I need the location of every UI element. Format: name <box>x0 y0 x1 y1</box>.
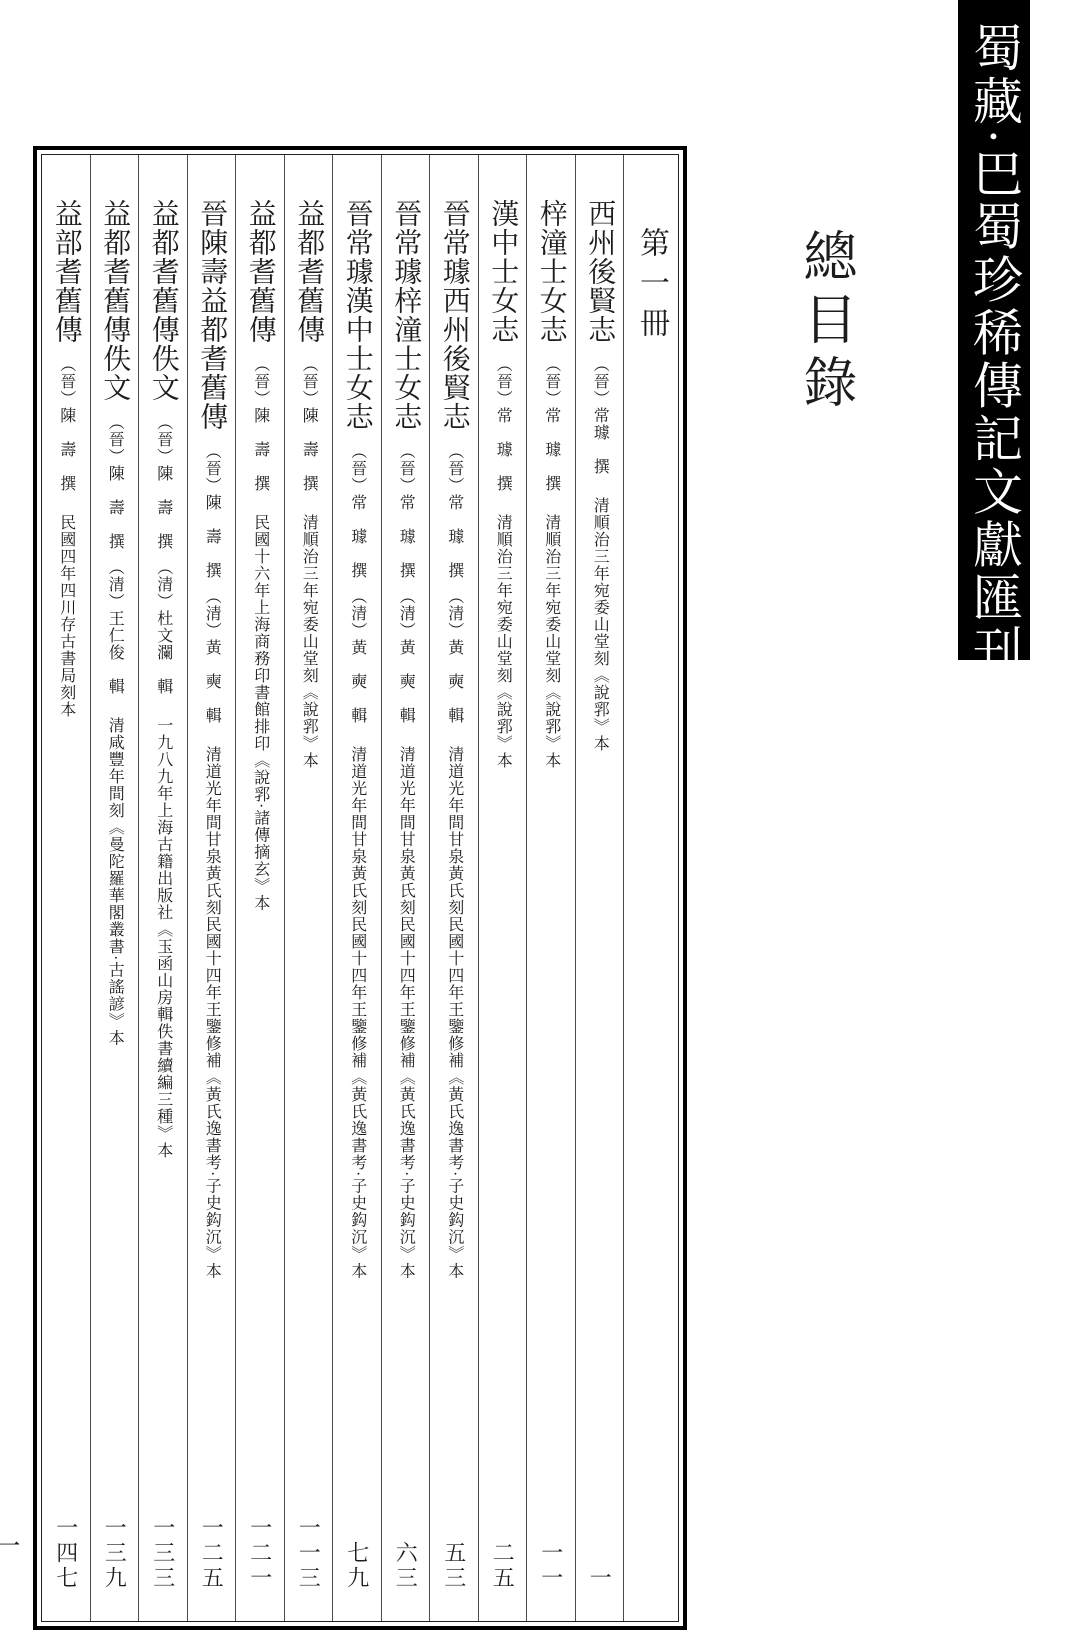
entry-page-number: 一 <box>588 1566 610 1591</box>
entry-page-number: 一三九 <box>103 1516 125 1591</box>
entry-text: 晉陳壽益都耆舊傳（晉）陳 壽 撰 （清）黃 奭 輯清道光年間甘泉黃氏刻民國十四年… <box>197 199 225 1279</box>
entry-page-number: 六三 <box>394 1541 416 1591</box>
entry-attribution: （晉）陳 壽 撰 （清）杜文瀾 輯 <box>155 414 172 695</box>
entry-edition: 清道光年間甘泉黃氏刻民國十四年王鑒修補《黃氏逸書考·子史鈎沉》本 <box>203 746 220 1279</box>
entry-column: 益都耆舊傳（晉）陳 壽 撰清順治三年宛委山堂刻《說郛》本 一一三 <box>284 155 333 1621</box>
entry-attribution: （晉）常 璩 撰 （清）黃 奭 輯 <box>446 443 463 724</box>
entry-column: 益都耆舊傳（晉）陳 壽 撰民國十六年上海商務印書館排印《說郛·諸傳摘玄》本 一二… <box>235 155 284 1621</box>
entry-edition: 清道光年間甘泉黃氏刻民國十四年王鑒修補《黃氏逸書考·子史鈎沉》本 <box>446 746 463 1279</box>
entry-column: 晉陳壽益都耆舊傳（晉）陳 壽 撰 （清）黃 奭 輯清道光年間甘泉黃氏刻民國十四年… <box>187 155 236 1621</box>
entry-text: 晉常璩西州後賢志（晉）常 璩 撰 （清）黃 奭 輯清道光年間甘泉黃氏刻民國十四年… <box>440 199 468 1279</box>
entry-page-number: 一三三 <box>152 1516 174 1591</box>
contents-frame-outer: 第一冊 西州後賢志（晉）常璩 撰清順治三年宛委山堂刻《說郛》本 一 梓潼士女志（… <box>33 146 687 1630</box>
entry-attribution: （晉）陳 壽 撰 （清）黃 奭 輯 <box>203 443 220 724</box>
entry-title: 益都耆舊傳 <box>245 199 276 344</box>
entry-edition: 清道光年間甘泉黃氏刻民國十四年王鑒修補《黃氏逸書考·子史鈎沉》本 <box>397 746 414 1279</box>
entry-edition: 清順治三年宛委山堂刻《說郛》本 <box>543 514 560 769</box>
entry-attribution: （晉）陳 壽 撰 <box>300 356 317 492</box>
entry-column: 晉常璩梓潼士女志（晉）常 璩 撰 （清）黃 奭 輯清道光年間甘泉黃氏刻民國十四年… <box>381 155 430 1621</box>
entry-column: 西州後賢志（晉）常璩 撰清順治三年宛委山堂刻《說郛》本 一 <box>575 155 624 1621</box>
entry-column: 益都耆舊傳佚文（晉）陳 壽 撰 （清）王仁俊 輯清咸豐年間刻《曼陀羅華閣叢書·古… <box>90 155 139 1621</box>
entry-title: 梓潼士女志 <box>536 199 567 344</box>
entry-edition: 清道光年間甘泉黃氏刻民國十四年王鑒修補《黃氏逸書考·子史鈎沉》本 <box>349 746 366 1279</box>
entry-page-number: 二五 <box>491 1541 513 1591</box>
entry-edition: 民國十六年上海商務印書館排印《說郛·諸傳摘玄》本 <box>252 514 269 911</box>
entry-text: 西州後賢志（晉）常璩 撰清順治三年宛委山堂刻《說郛》本 <box>585 199 613 752</box>
entry-page-number: 一四七 <box>55 1516 77 1591</box>
entry-page-number: 一一三 <box>297 1516 319 1591</box>
entry-column: 晉常璩西州後賢志（晉）常 璩 撰 （清）黃 奭 輯清道光年間甘泉黃氏刻民國十四年… <box>429 155 478 1621</box>
entry-text: 益部耆舊傳（晉）陳 壽 撰民國四年四川存古書局刻本 <box>52 199 80 718</box>
entry-title: 晉常璩漢中士女志 <box>342 199 373 431</box>
entry-column: 益部耆舊傳（晉）陳 壽 撰民國四年四川存古書局刻本 一四七 <box>42 155 90 1621</box>
page-title: 總目錄 <box>799 228 853 417</box>
entry-attribution: （晉）常 璩 撰 <box>543 356 560 492</box>
entry-edition: 清順治三年宛委山堂刻《說郛》本 <box>591 497 608 752</box>
entry-title: 益都耆舊傳 <box>293 199 324 344</box>
entry-attribution: （晉）常璩 撰 <box>591 356 608 475</box>
entry-text: 益都耆舊傳（晉）陳 壽 撰清順治三年宛委山堂刻《說郛》本 <box>294 199 322 769</box>
entry-page-number: 五三 <box>443 1541 465 1591</box>
entry-column: 梓潼士女志（晉）常 璩 撰清順治三年宛委山堂刻《說郛》本 一一 <box>526 155 575 1621</box>
entry-title: 漢中士女志 <box>487 199 518 344</box>
entry-attribution: （晉）常 璩 撰 （清）黃 奭 輯 <box>349 443 366 724</box>
entry-attribution: （晉）陳 壽 撰 （清）王仁俊 輯 <box>106 414 123 695</box>
series-title: 蜀藏·巴蜀珍稀傳記文獻匯刊 <box>969 22 1019 660</box>
entry-column: 晉常璩漢中士女志（晉）常 璩 撰 （清）黃 奭 輯清道光年間甘泉黃氏刻民國十四年… <box>332 155 381 1621</box>
entry-attribution: （晉）常 璩 撰 <box>494 356 511 492</box>
entry-title: 西州後賢志 <box>584 199 615 344</box>
entry-text: 益都耆舊傳（晉）陳 壽 撰民國十六年上海商務印書館排印《說郛·諸傳摘玄》本 <box>246 199 274 911</box>
entry-edition: 一九八九年上海古籍出版社《玉函山房輯佚書續編三種》本 <box>155 717 172 1159</box>
entry-edition: 民國四年四川存古書局刻本 <box>58 514 75 718</box>
entry-page-number: 一二一 <box>249 1516 271 1591</box>
volume-heading-column: 第一冊 <box>623 155 678 1621</box>
entry-attribution: （晉）陳 壽 撰 <box>252 356 269 492</box>
entry-title: 益都耆舊傳佚文 <box>99 199 130 402</box>
entry-attribution: （晉）陳 壽 撰 <box>58 356 75 492</box>
entry-page-number: 七九 <box>346 1541 368 1591</box>
entry-text: 晉常璩漢中士女志（晉）常 璩 撰 （清）黃 奭 輯清道光年間甘泉黃氏刻民國十四年… <box>343 199 371 1279</box>
series-banner: 蜀藏·巴蜀珍稀傳記文獻匯刊 <box>958 0 1030 660</box>
volume-heading: 第一冊 <box>636 227 666 347</box>
entry-title: 益部耆舊傳 <box>51 199 82 344</box>
entry-page-number: 一二五 <box>200 1516 222 1591</box>
contents-columns: 第一冊 西州後賢志（晉）常璩 撰清順治三年宛委山堂刻《說郛》本 一 梓潼士女志（… <box>42 155 678 1621</box>
entry-text: 梓潼士女志（晉）常 璩 撰清順治三年宛委山堂刻《說郛》本 <box>537 199 565 769</box>
entry-title: 益都耆舊傳佚文 <box>148 199 179 402</box>
entry-title: 晉常璩梓潼士女志 <box>390 199 421 431</box>
folio-number: 一 <box>0 1532 18 1558</box>
entry-column: 漢中士女志（晉）常 璩 撰清順治三年宛委山堂刻《說郛》本 二五 <box>478 155 527 1621</box>
entry-text: 益都耆舊傳佚文（晉）陳 壽 撰 （清）王仁俊 輯清咸豐年間刻《曼陀羅華閣叢書·古… <box>100 199 128 1046</box>
entry-text: 漢中士女志（晉）常 璩 撰清順治三年宛委山堂刻《說郛》本 <box>488 199 516 769</box>
entry-text: 益都耆舊傳佚文（晉）陳 壽 撰 （清）杜文瀾 輯一九八九年上海古籍出版社《玉函山… <box>149 199 177 1159</box>
entry-edition: 清順治三年宛委山堂刻《說郛》本 <box>300 514 317 769</box>
entry-title: 晉常璩西州後賢志 <box>439 199 470 431</box>
entry-attribution: （晉）常 璩 撰 （清）黃 奭 輯 <box>397 443 414 724</box>
entry-page-number: 一一 <box>540 1541 562 1591</box>
entry-column: 益都耆舊傳佚文（晉）陳 壽 撰 （清）杜文瀾 輯一九八九年上海古籍出版社《玉函山… <box>138 155 187 1621</box>
entry-edition: 清咸豐年間刻《曼陀羅華閣叢書·古謠諺》本 <box>106 717 123 1046</box>
entry-text: 晉常璩梓潼士女志（晉）常 璩 撰 （清）黃 奭 輯清道光年間甘泉黃氏刻民國十四年… <box>391 199 419 1279</box>
entry-edition: 清順治三年宛委山堂刻《說郛》本 <box>494 514 511 769</box>
contents-frame-inner: 第一冊 西州後賢志（晉）常璩 撰清順治三年宛委山堂刻《說郛》本 一 梓潼士女志（… <box>41 154 679 1622</box>
entry-title: 晉陳壽益都耆舊傳 <box>196 199 227 431</box>
